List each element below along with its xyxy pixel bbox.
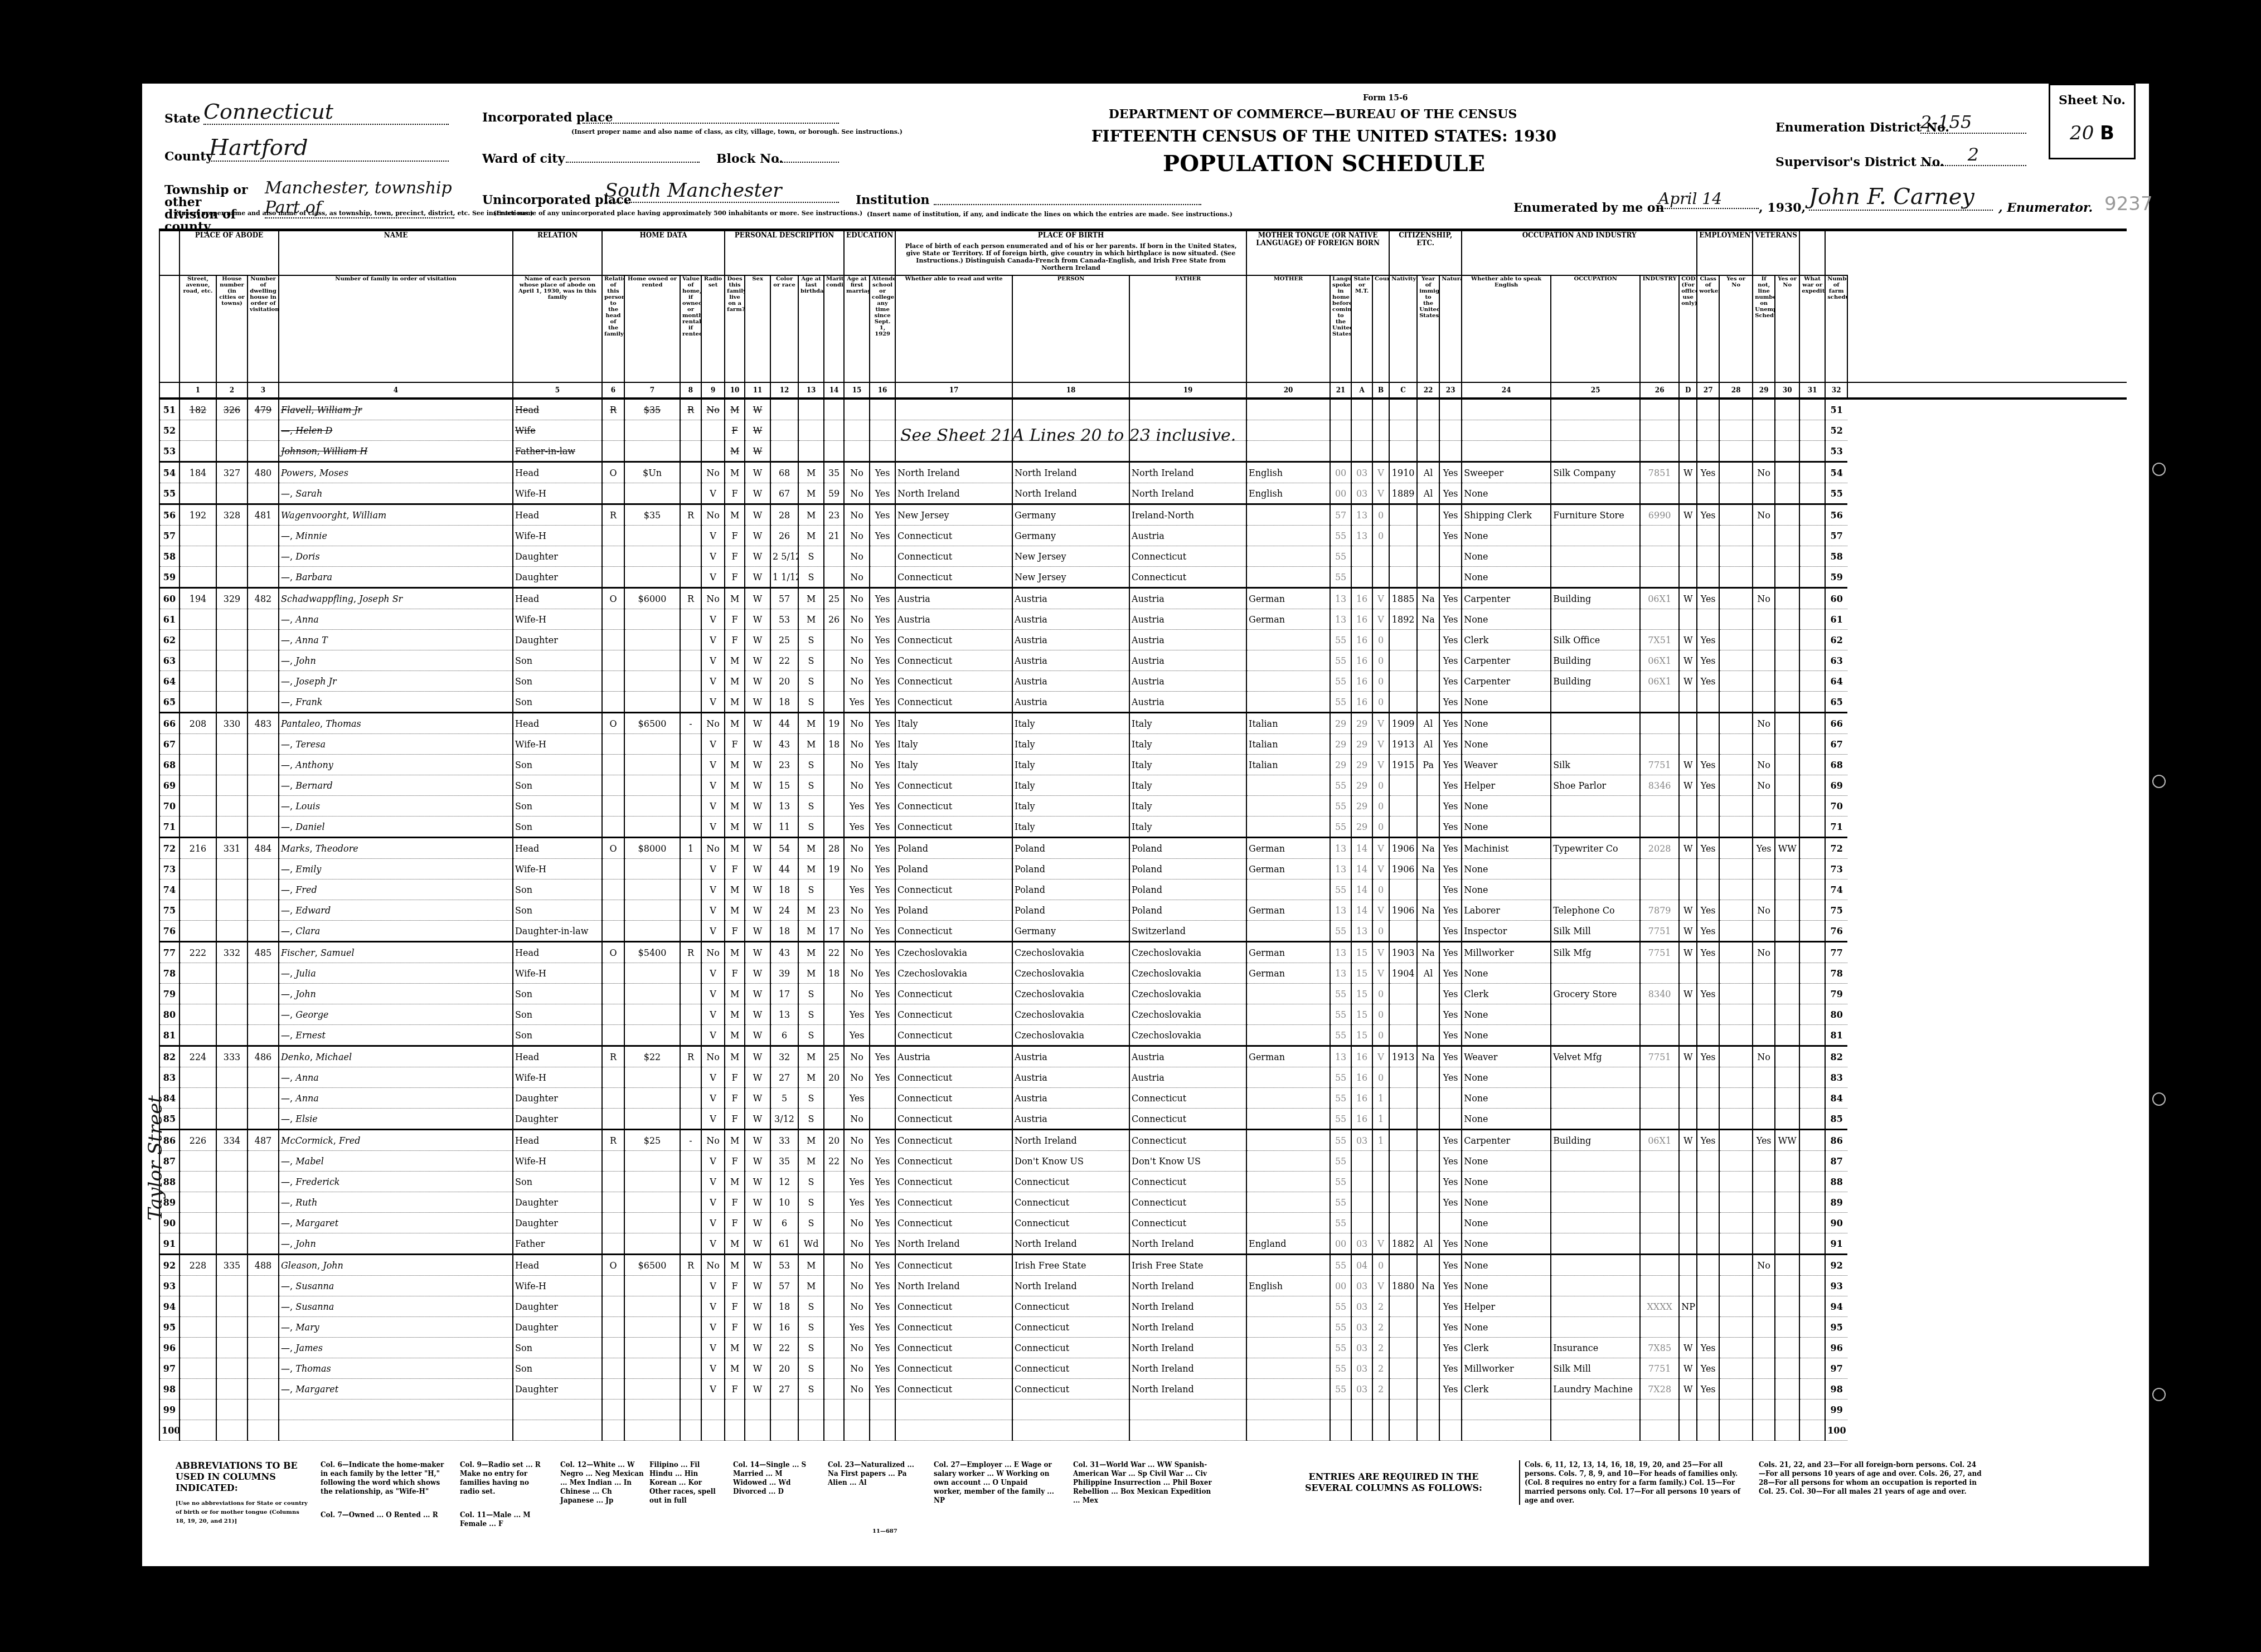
naturalization: Na <box>1417 609 1439 630</box>
house-number <box>179 796 216 817</box>
veteran: No <box>1753 942 1775 963</box>
race-cell: W <box>745 483 770 504</box>
dwelling-number <box>216 650 248 671</box>
industry-cell <box>1551 546 1640 567</box>
occupation-cell: Clerk <box>1462 1379 1551 1400</box>
birthplace-mother: Italy <box>1129 734 1246 755</box>
war-cell <box>1775 1233 1799 1255</box>
name-separator: , <box>290 1281 295 1291</box>
relation-cell: Daughter <box>513 1192 602 1213</box>
given-name: Emily <box>295 864 321 874</box>
code-state: 13 <box>1330 900 1351 921</box>
dwelling-number <box>216 483 248 504</box>
occupation-code <box>1640 1192 1679 1213</box>
mother-tongue <box>1246 399 1330 420</box>
race-cell: W <box>745 671 770 692</box>
line-number: 78 <box>159 963 179 984</box>
at-work <box>1697 399 1719 420</box>
name-cell: —, Mary <box>279 1317 513 1338</box>
race-cell: W <box>745 546 770 567</box>
code-state: 55 <box>1330 1172 1351 1192</box>
race-cell: W <box>745 1046 770 1067</box>
occupation-code: 7X85 <box>1640 1338 1679 1358</box>
relation-cell: Son <box>513 880 602 900</box>
house-number <box>179 441 216 462</box>
race-cell: W <box>745 1233 770 1255</box>
family-number <box>248 859 279 880</box>
occupation-cell: None <box>1462 692 1551 713</box>
occupation-cell: None <box>1462 1151 1551 1172</box>
line-number-right: 91 <box>1825 1233 1847 1255</box>
naturalization <box>1417 1317 1439 1338</box>
line-number-right: 68 <box>1825 755 1847 775</box>
immigration-year: 1904 <box>1389 963 1417 984</box>
home-owned-rented <box>602 546 624 567</box>
occupation-cell: Helper <box>1462 1296 1551 1317</box>
table-row: 58—, DorisDaughterVFW2 5/12SNoConnecticu… <box>159 546 2127 567</box>
family-number <box>248 1172 279 1192</box>
house-number: 194 <box>179 588 216 609</box>
naturalization <box>1417 1296 1439 1317</box>
code-nativity: V <box>1372 942 1389 963</box>
birthplace-mother: Italy <box>1129 817 1246 838</box>
school-cell: Yes <box>844 1088 870 1109</box>
birthplace-father: Connecticut <box>1012 1317 1129 1338</box>
table-row: 83—, AnnaWife-HVFW27M20NoYesConnecticutA… <box>159 1067 2127 1088</box>
column-label: House number (in cities or towns) <box>216 275 248 382</box>
war-cell <box>1775 1296 1799 1317</box>
age-cell: 18 <box>770 1296 798 1317</box>
table-row: 73—, EmilyWife-HVFW44M19NoYesPolandPolan… <box>159 859 2127 880</box>
marital-cell: M <box>798 526 824 546</box>
column-label: PERSON <box>1012 275 1129 382</box>
race-cell: W <box>745 1317 770 1338</box>
family-number <box>248 546 279 567</box>
home-value <box>624 1151 680 1172</box>
dwelling-number <box>216 1379 248 1400</box>
code-state: 55 <box>1330 1109 1351 1130</box>
war-cell <box>1775 483 1799 504</box>
farm-schedule <box>1799 921 1825 942</box>
table-row: 71—, DanielSonVMW11SYesYesConnecticutIta… <box>159 817 2127 838</box>
birthplace-person: Poland <box>895 838 1012 859</box>
code-nativity: 2 <box>1372 1379 1389 1400</box>
birthplace-person: Connecticut <box>895 650 1012 671</box>
birthplace-person: Poland <box>895 859 1012 880</box>
occupation-code <box>1640 1420 1679 1441</box>
code-state <box>1330 441 1351 462</box>
code-nativity: V <box>1372 588 1389 609</box>
name-cell: —, Anthony <box>279 755 513 775</box>
code-state <box>1330 1420 1351 1441</box>
incorporated-note: (Insert proper name and also name of cla… <box>571 128 903 135</box>
birthplace-father <box>1012 1400 1129 1420</box>
code-nativity <box>1372 1420 1389 1441</box>
at-work: Yes <box>1697 942 1719 963</box>
relation-cell: Wife-H <box>513 1067 602 1088</box>
occupation-code <box>1640 1233 1679 1255</box>
line-number-right: 95 <box>1825 1317 1847 1338</box>
house-number <box>179 817 216 838</box>
relation-cell: Son <box>513 984 602 1004</box>
name-cell: —, Ruth <box>279 1192 513 1213</box>
at-work: Yes <box>1697 1379 1719 1400</box>
abbr-col12: Col. 12—White ... W Negro ... Neg Mexica… <box>560 1460 644 1505</box>
occupation-code: 7751 <box>1640 1358 1679 1379</box>
age-at-marriage <box>824 755 844 775</box>
home-owned-rented <box>602 775 624 796</box>
given-name: John <box>295 655 316 666</box>
occupation-cell: None <box>1462 1213 1551 1233</box>
veteran <box>1753 921 1775 942</box>
home-data-header: HOME DATA <box>602 231 725 275</box>
farm-schedule <box>1799 462 1825 483</box>
dwelling-number <box>216 1296 248 1317</box>
birthplace-father: Czechoslovakia <box>1012 963 1129 984</box>
name-cell: —, Sarah <box>279 483 513 504</box>
birthplace-father: Poland <box>1012 838 1129 859</box>
age-at-marriage: 22 <box>824 942 844 963</box>
occupation-cell: Carpenter <box>1462 1130 1551 1151</box>
name-separator: , <box>290 1009 295 1020</box>
home-owned-rented <box>602 650 624 671</box>
column-label: Language spoken in home before coming to… <box>1330 275 1351 382</box>
birthplace-mother: Connecticut <box>1129 1192 1246 1213</box>
read-write-cell: Yes <box>870 1338 895 1358</box>
race-cell: W <box>745 984 770 1004</box>
at-work <box>1697 796 1719 817</box>
home-owned-rented <box>602 1025 624 1046</box>
farm-cell: No <box>701 462 725 483</box>
school-cell: No <box>844 838 870 859</box>
birthplace-mother: Poland <box>1129 859 1246 880</box>
marital-cell: S <box>798 775 824 796</box>
table-row: 59—, BarbaraDaughterVFW1 1/12SNoConnecti… <box>159 567 2127 588</box>
class-of-worker: W <box>1679 755 1697 775</box>
age-cell: 18 <box>770 921 798 942</box>
line-number: 99 <box>159 1400 179 1420</box>
birthplace-person: Connecticut <box>895 630 1012 650</box>
birthplace-person: Connecticut <box>895 880 1012 900</box>
naturalization <box>1417 1130 1439 1151</box>
family-number <box>248 1067 279 1088</box>
marital-cell: S <box>798 1088 824 1109</box>
name-separator: , <box>290 885 295 895</box>
farm-schedule <box>1799 1109 1825 1130</box>
abbr-col12b: Filipino ... Fil Hindu ... Hin Korean ..… <box>649 1460 722 1505</box>
birthplace-person: Italy <box>895 734 1012 755</box>
birthplace-father: Austria <box>1012 1109 1129 1130</box>
code-country: 03 <box>1351 1338 1372 1358</box>
house-number <box>179 1358 216 1379</box>
sex-cell: F <box>725 1151 745 1172</box>
speaks-english: Yes <box>1439 900 1462 921</box>
relation-cell: Son <box>513 671 602 692</box>
dwelling-number <box>216 1172 248 1192</box>
class-of-worker <box>1679 734 1697 755</box>
farm-cell: No <box>701 1046 725 1067</box>
speaks-english: Yes <box>1439 1130 1462 1151</box>
given-name: Fred <box>295 885 317 895</box>
naturalization <box>1417 1172 1439 1192</box>
immigration-year <box>1389 630 1417 650</box>
name-cell: —, Anna T <box>279 630 513 650</box>
given-name: George <box>295 1009 328 1020</box>
name-separator: , <box>290 739 295 750</box>
home-value: $6500 <box>624 1255 680 1276</box>
radio-set <box>680 859 701 880</box>
table-row: 90—, MargaretDaughterVFW6SNoYesConnectic… <box>159 1213 2127 1233</box>
relation-cell: Daughter <box>513 1296 602 1317</box>
home-owned-rented <box>602 609 624 630</box>
name-cell: —, Anna <box>279 609 513 630</box>
age-cell: 18 <box>770 880 798 900</box>
speaks-english: Yes <box>1439 838 1462 859</box>
school-cell: No <box>844 1233 870 1255</box>
home-owned-rented <box>602 692 624 713</box>
industry-cell <box>1551 1317 1640 1338</box>
at-work <box>1697 1255 1719 1276</box>
age-cell: 43 <box>770 734 798 755</box>
dwelling-number: 329 <box>216 588 248 609</box>
given-name: Minnie <box>295 531 327 541</box>
column-number: 30 <box>1775 382 1799 399</box>
house-number <box>179 1025 216 1046</box>
marital-cell: S <box>798 796 824 817</box>
veteran <box>1753 1088 1775 1109</box>
name-separator: , <box>310 843 316 854</box>
home-value <box>624 609 680 630</box>
home-value <box>624 1420 680 1441</box>
at-work: Yes <box>1697 921 1719 942</box>
class-of-worker <box>1679 817 1697 838</box>
surname: — <box>281 1156 290 1167</box>
table-row: 82224333486Denko, MichaelHeadR$22RNoMW32… <box>159 1046 2127 1067</box>
code-state: 29 <box>1330 755 1351 775</box>
relation-cell: Wife <box>513 420 602 441</box>
birthplace-person: Connecticut <box>895 817 1012 838</box>
industry-cell <box>1551 1151 1640 1172</box>
read-write-cell: Yes <box>870 1296 895 1317</box>
naturalization: Na <box>1417 1046 1439 1067</box>
industry-cell <box>1551 1233 1640 1255</box>
dwelling-number <box>216 630 248 650</box>
column-label: FATHER <box>1129 275 1246 382</box>
home-owned-rented <box>602 1172 624 1192</box>
birthplace-mother: Austria <box>1129 692 1246 713</box>
line-number-right: 98 <box>1825 1379 1847 1400</box>
code-nativity: 0 <box>1372 671 1389 692</box>
line-number: 60 <box>159 588 179 609</box>
sheet-number-box: Sheet No. 20 B <box>2049 84 2136 159</box>
surname: — <box>281 676 290 687</box>
farm-schedule <box>1799 838 1825 859</box>
at-work: Yes <box>1697 504 1719 526</box>
code-nativity: 0 <box>1372 880 1389 900</box>
class-of-worker <box>1679 1067 1697 1088</box>
unincorporated-note: (Enter name of any unincorporated place … <box>493 210 862 217</box>
war-cell <box>1775 692 1799 713</box>
house-number: 222 <box>179 942 216 963</box>
speaks-english <box>1439 1109 1462 1130</box>
war-cell <box>1775 567 1799 588</box>
given-name: Clara <box>295 926 320 936</box>
dwelling-number: 328 <box>216 504 248 526</box>
name-cell: —, Anna <box>279 1088 513 1109</box>
age-at-marriage: 28 <box>824 838 844 859</box>
house-number <box>179 1296 216 1317</box>
unemployment-line <box>1719 817 1753 838</box>
home-owned-rented <box>602 1420 624 1441</box>
school-cell <box>844 441 870 462</box>
house-number <box>179 1192 216 1213</box>
birthplace-father <box>1012 399 1129 420</box>
code-country: 16 <box>1351 692 1372 713</box>
home-value <box>624 1213 680 1233</box>
home-owned-rented <box>602 1338 624 1358</box>
relation-cell: Father <box>513 1233 602 1255</box>
class-of-worker <box>1679 441 1697 462</box>
farm-cell: V <box>701 630 725 650</box>
birthplace-person: Connecticut <box>895 1025 1012 1046</box>
age-at-marriage <box>824 1088 844 1109</box>
radio-set <box>680 1276 701 1296</box>
industry-cell: Silk Mill <box>1551 1358 1640 1379</box>
dwelling-number: 331 <box>216 838 248 859</box>
mother-tongue: English <box>1246 462 1330 483</box>
race-cell: W <box>745 1025 770 1046</box>
naturalization: Al <box>1417 462 1439 483</box>
radio-set <box>680 567 701 588</box>
immigration-year: 1882 <box>1389 1233 1417 1255</box>
veteran <box>1753 650 1775 671</box>
name-separator: , <box>290 968 295 979</box>
line-number: 61 <box>159 609 179 630</box>
line-number: 96 <box>159 1338 179 1358</box>
line-number: 53 <box>159 441 179 462</box>
column-label: Number of dwelling house in order of vis… <box>248 275 279 382</box>
at-work: Yes <box>1697 630 1719 650</box>
farm-schedule <box>1799 1317 1825 1338</box>
occupation-code <box>1640 713 1679 734</box>
unemployment-line <box>1719 1317 1753 1338</box>
age-cell: 67 <box>770 483 798 504</box>
industry-cell: Silk Mfg <box>1551 942 1640 963</box>
code-country: 16 <box>1351 1109 1372 1130</box>
radio-set <box>680 1088 701 1109</box>
code-state: 55 <box>1330 1317 1351 1338</box>
unincorporated-value: South Manchester <box>605 179 839 203</box>
farm-schedule <box>1799 483 1825 504</box>
birthplace-mother: North Ireland <box>1129 1317 1246 1338</box>
mother-tongue <box>1246 796 1330 817</box>
radio-set <box>680 1420 701 1441</box>
birthplace-person: Connecticut <box>895 1109 1012 1130</box>
read-write-cell: Yes <box>870 775 895 796</box>
given-name: Joseph Sr <box>359 594 402 604</box>
name-separator: , <box>320 718 326 729</box>
column-number: 7 <box>624 382 680 399</box>
column-label: Number of farm schedule <box>1825 275 1847 382</box>
line-number-right: 75 <box>1825 900 1847 921</box>
farm-schedule <box>1799 441 1825 462</box>
line-number-right: 97 <box>1825 1358 1847 1379</box>
occupation-cell: None <box>1462 713 1551 734</box>
age-at-marriage <box>824 671 844 692</box>
age-cell <box>770 399 798 420</box>
occupation-cell: None <box>1462 817 1551 838</box>
code-nativity: 0 <box>1372 1025 1389 1046</box>
veteran <box>1753 1233 1775 1255</box>
birthplace-father: Italy <box>1012 817 1129 838</box>
surname: — <box>281 1384 290 1395</box>
name-separator: , <box>310 1052 316 1062</box>
personal-description-header: PERSONAL DESCRIPTION <box>725 231 844 275</box>
code-state: 55 <box>1330 567 1351 588</box>
column-label: Marital condition <box>824 275 844 382</box>
industry-cell: Laundry Machine <box>1551 1379 1640 1400</box>
entries-title: ENTRIES ARE REQUIRED IN THE SEVERAL COLU… <box>1285 1471 1502 1494</box>
birthplace-father: Austria <box>1012 1088 1129 1109</box>
family-number <box>248 650 279 671</box>
table-row: 94—, SusannaDaughterVFW18SNoYesConnectic… <box>159 1296 2127 1317</box>
farm-schedule <box>1799 963 1825 984</box>
code-state: 55 <box>1330 775 1351 796</box>
industry-cell <box>1551 734 1640 755</box>
farm-schedule <box>1799 650 1825 671</box>
age-cell: 1 1/12 <box>770 567 798 588</box>
read-write-cell: Yes <box>870 796 895 817</box>
school-cell: No <box>844 1379 870 1400</box>
surname: — <box>281 1322 290 1333</box>
column-number: 15 <box>844 382 870 399</box>
at-work: Yes <box>1697 1130 1719 1151</box>
surname: — <box>281 760 290 770</box>
radio-set <box>680 420 701 441</box>
speaks-english: Yes <box>1439 609 1462 630</box>
birthplace-person: Connecticut <box>895 1151 1012 1172</box>
age-cell: 13 <box>770 796 798 817</box>
birthplace-mother <box>1129 1400 1246 1420</box>
house-number <box>179 526 216 546</box>
radio-set <box>680 1067 701 1088</box>
line-number: 77 <box>159 942 179 963</box>
at-work: Yes <box>1697 650 1719 671</box>
birthplace-father: Connecticut <box>1012 1213 1129 1233</box>
veteran <box>1753 1192 1775 1213</box>
age-at-marriage: 25 <box>824 1046 844 1067</box>
farm-schedule <box>1799 671 1825 692</box>
unemployment-line <box>1719 1296 1753 1317</box>
enumeration-district-value: 2-155 <box>1920 111 2026 134</box>
code-nativity: V <box>1372 900 1389 921</box>
farm-cell: V <box>701 1276 725 1296</box>
relation-cell: Head <box>513 588 602 609</box>
birthplace-mother: Connecticut <box>1129 1172 1246 1192</box>
industry-cell: Silk <box>1551 755 1640 775</box>
line-number: 73 <box>159 859 179 880</box>
occupation-cell: Helper <box>1462 775 1551 796</box>
age-at-marriage <box>824 546 844 567</box>
house-number <box>179 1088 216 1109</box>
class-of-worker <box>1679 1192 1697 1213</box>
citizenship-header: CITIZENSHIP, ETC. <box>1389 231 1462 275</box>
code-country <box>1351 567 1372 588</box>
relation-cell: Head <box>513 713 602 734</box>
relation-cell: Daughter <box>513 1109 602 1130</box>
marital-cell: S <box>798 567 824 588</box>
enumerated-date: April 14 <box>1658 190 1759 209</box>
